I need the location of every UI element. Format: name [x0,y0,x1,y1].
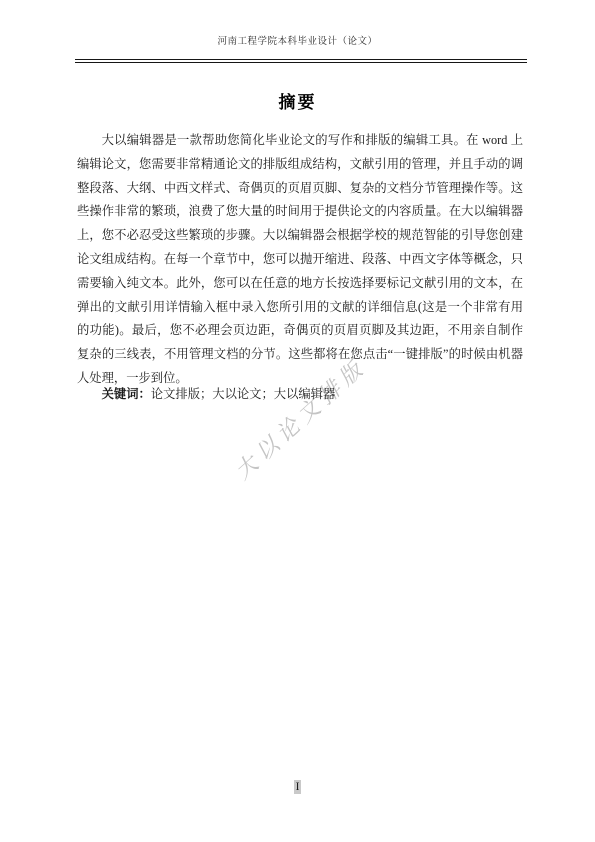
page-header-text: 河南工程学院本科毕业设计（论文） [0,36,595,48]
page-number: I [294,780,302,794]
header-double-rule [75,59,527,63]
abstract-paragraph: 大以编辑器是一款帮助您简化毕业论文的写作和排版的编辑工具。在 word 上编辑论… [77,129,523,391]
page-footer: I [0,777,595,795]
keywords-label: 关键词： [102,387,151,401]
keywords-text: 论文排版；大以论文；大以编辑器 [151,387,335,401]
document-page: 河南工程学院本科毕业设计（论文） 大以论文排版 摘要 大以编辑器是一款帮助您简化… [0,0,595,842]
abstract-title: 摘要 [0,93,595,113]
keywords-line: 关键词：论文排版；大以论文；大以编辑器 [77,383,523,407]
